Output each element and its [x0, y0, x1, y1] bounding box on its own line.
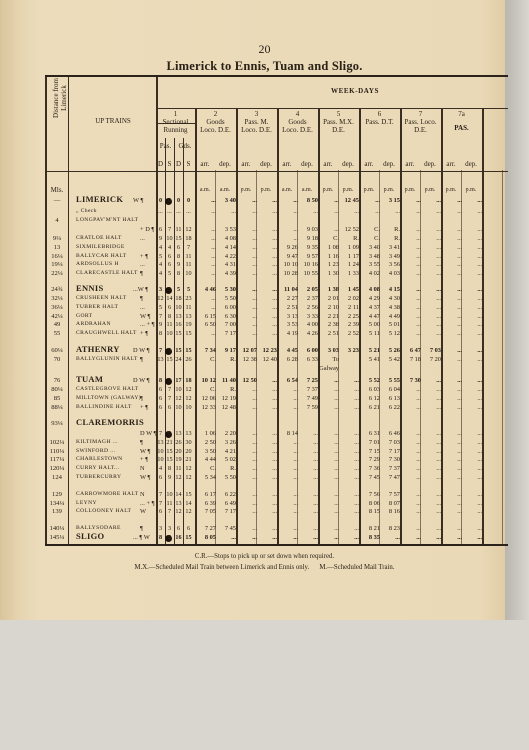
sectional-running-time: 5 [156, 303, 165, 312]
station-row: D W ¶7813131 062 20......8 14.........6 … [45, 429, 508, 438]
sectional-running-time: 12 [174, 394, 183, 403]
station-row: 145¼SLIGO... ¶ W8816158 05..............… [45, 533, 508, 542]
sectional-running-time: 14 [165, 294, 174, 303]
station-marks: N [140, 464, 145, 473]
arr-label: arr. [237, 160, 255, 168]
station-marks: ¶ [140, 294, 143, 303]
sectional-running-time: 9 [156, 234, 165, 243]
station-marks: W ¶ [133, 196, 143, 205]
sectional-running-time: 10 [165, 234, 174, 243]
station-marks: + ¶ [140, 455, 148, 464]
note-mx: M.X.—Scheduled Mail Train between Limeri… [0, 564, 529, 571]
train-time: ... [458, 243, 482, 252]
col-1-subheader: D [156, 160, 165, 168]
ampm-label: p.m. [338, 186, 358, 194]
station-row: 36¼TUBBER HALT...561011...6 00......2 51… [45, 303, 508, 312]
up-trains-header: UP TRAINS [70, 117, 156, 125]
train-time: ... [458, 429, 482, 438]
station-row: 124TUBBERCURRYW ¶6912125 345 50.........… [45, 473, 508, 482]
distance-miles: 117¼ [45, 455, 69, 464]
distance-miles: 102¼ [45, 438, 69, 447]
sectional-running-time: 13 [156, 355, 165, 364]
distance-miles: 36¼ [45, 303, 69, 312]
sectional-running-time: 12 [156, 294, 165, 303]
sectional-running-time: 6 [174, 243, 183, 252]
station-name: CLAREMORRIS [76, 418, 144, 427]
ampm-label: p.m. [359, 186, 379, 194]
col-number: 4 [277, 110, 318, 118]
station-name: ARDRAHAN [76, 320, 111, 329]
distance-miles: 32¼ [45, 294, 69, 303]
station-name: BALLYGLUNIN HALT [76, 355, 138, 364]
sectional-running-time: 6 [156, 403, 165, 412]
sectional-running-time: 7 [165, 385, 174, 394]
ampm-label: p.m. [379, 186, 399, 194]
station-row: „ Check.................................… [45, 207, 508, 216]
station-marks: W [140, 507, 146, 516]
station-marks: + ¶ [140, 329, 148, 338]
distance-miles: 124 [45, 473, 69, 482]
sectional-running-time: 6 [156, 473, 165, 482]
distance-miles: 60¼ [45, 346, 69, 355]
station-row: 76TUAMD W ¶89171810 1211 4012 50...6 547… [45, 376, 508, 385]
background [0, 620, 529, 750]
station-name: „ Check [76, 207, 97, 216]
top-rule [45, 75, 508, 77]
train-time: ... [458, 207, 482, 216]
station-marks: N [140, 490, 145, 499]
sectional-running-time: 5 [165, 269, 174, 278]
ampm-label: a.m. [195, 186, 215, 194]
station-name: CHARLESTOWN [76, 455, 123, 464]
sectional-running-time: 7 [156, 429, 165, 438]
train-time: ... [458, 234, 482, 243]
station-marks: + ¶ [140, 403, 148, 412]
station-name: CRATLOE HALT [76, 234, 122, 243]
train-time: ... [458, 490, 482, 499]
train-time: ... [458, 269, 482, 278]
sectional-running-time: 10 [156, 455, 165, 464]
col-desc: Goods Loco. D.E. [280, 118, 315, 134]
sectional-running-time: 18 [174, 294, 183, 303]
distance-miles: 22¼ [45, 269, 69, 278]
ampm-label: a.m. [277, 186, 297, 194]
train-time: ... [458, 394, 482, 403]
sectional-running-time: 17 [174, 376, 183, 385]
sectional-running-time: 6 [156, 385, 165, 394]
train-time: ... [458, 507, 482, 516]
sectional-running-time: 3 [156, 285, 165, 294]
col-1-subheader: D [174, 160, 183, 168]
distance-miles: 140¼ [45, 524, 69, 533]
distance-miles: 120¼ [45, 464, 69, 473]
station-marks: ... [140, 303, 145, 312]
arr-label: arr. [278, 160, 296, 168]
station-name: CARROWMORE HALT [76, 490, 139, 499]
station-row: 88¼BALLINDINE HALT+ ¶66101012 3312 48...… [45, 403, 508, 412]
train-time: ... [458, 303, 482, 312]
sectional-running-time: 7 [165, 394, 174, 403]
sectional-running-time: 8 [165, 464, 174, 473]
train-time: ... [458, 320, 482, 329]
station-name: KILTIMAGH ... [76, 438, 118, 447]
train-time: ... [458, 385, 482, 394]
train-time: ... [458, 225, 482, 234]
station-row: 55CRAUGHWELL HALT+ ¶8101515...7 17......… [45, 329, 508, 338]
distance-miles: 13 [45, 243, 69, 252]
station-row: 85MILLTOWN (GALWAY)¶67121212 0612 19....… [45, 394, 508, 403]
sectional-running-time: 9 [174, 260, 183, 269]
sectional-running-time: 4 [156, 464, 165, 473]
sectional-running-time: 15 [174, 234, 183, 243]
sectional-running-time: 8 [156, 376, 165, 385]
header-rule [45, 171, 508, 172]
sectional-running-time: 4 [165, 243, 174, 252]
sectional-running-time: 10 [174, 403, 183, 412]
sectional-running-time: 15 [165, 455, 174, 464]
ampm-label: a.m. [215, 186, 235, 194]
sectional-running-time: 4 [156, 260, 165, 269]
station-row: 13SIXMILEBRIDGE4467...4 14......9 269 35… [45, 243, 508, 252]
sectional-running-time: 0 [165, 196, 174, 205]
station-name: CRUSHEEN HALT [76, 294, 127, 303]
sectional-running-time: 11 [165, 320, 174, 329]
col-1-desc: Sectional Running [156, 118, 195, 134]
col-desc: Pass. M.X. D.E. [321, 118, 356, 134]
bottom-rule [45, 544, 508, 546]
train-time: ... [458, 355, 482, 364]
station-name: CASTLEGROVE HALT [76, 385, 139, 394]
sectional-running-time: 7 [156, 490, 165, 499]
distance-miles: 80¼ [45, 385, 69, 394]
train-time: ... [458, 294, 482, 303]
station-row: 140¼BALLYSODARE¶33667 277 45............… [45, 524, 508, 533]
train-time: ... [458, 285, 482, 294]
station-marks: ... + ¶ [140, 320, 155, 329]
station-marks: ...W ¶ [133, 285, 148, 294]
station-name: CRAUGHWELL HALT [76, 329, 137, 338]
col-1-subheader: S [184, 160, 193, 168]
header-rule [156, 108, 508, 109]
station-name: SIXMILEBRIDGE [76, 243, 125, 252]
sectional-running-time: 7 [165, 225, 174, 234]
station-row: 93¼CLAREMORRIS [45, 419, 508, 428]
station-name: COLLOONEY HALT [76, 507, 131, 516]
sectional-running-time: 8 [156, 533, 165, 542]
dep-label: dep. [462, 160, 480, 168]
sectional-running-time: 26 [174, 438, 183, 447]
sectional-running-time: 9 [165, 376, 174, 385]
distance-miles: 76 [45, 376, 69, 385]
dep-label: dep. [380, 160, 398, 168]
col-number: 2 [195, 110, 236, 118]
sectional-running-time: 15 [165, 355, 174, 364]
sectional-running-time: 6 [156, 225, 165, 234]
station-row: 139COLLOONEY HALTW6712127 057 17........… [45, 507, 508, 516]
station-name: CLARECASTLE HALT [76, 269, 138, 278]
station-row: + D ¶671112...3 53.........9 03...12 52C… [45, 225, 508, 234]
station-row: 22¼CLARECASTLE HALT¶45810...4 39......10… [45, 269, 508, 278]
sectional-running-time: 3 [165, 285, 174, 294]
sectional-running-time: 0 [174, 196, 183, 205]
sectional-running-time: 6 [174, 524, 183, 533]
station-name: ENNIS [76, 284, 103, 293]
station-marks: ... [140, 260, 145, 269]
dep-label: dep. [257, 160, 275, 168]
train-time: ... [458, 346, 482, 355]
station-name: LONGPAV'M'NT HALT [76, 216, 138, 225]
sectional-running-time: 6 [165, 260, 174, 269]
sectional-running-time: 6 [165, 303, 174, 312]
distance-miles: 9¼ [45, 234, 69, 243]
ampm-label: p.m. [420, 186, 440, 194]
station-row: —LIMERICKW ¶0000...3 40.........8 50...1… [45, 196, 508, 205]
page-title: Limerick to Ennis, Tuam and Sligo. [0, 59, 529, 74]
dep-label: dep. [216, 160, 234, 168]
sectional-running-time: ... [156, 207, 165, 216]
sectional-running-time: 11 [174, 464, 183, 473]
distance-miles: 4 [45, 216, 69, 225]
station-marks: ¶ [140, 269, 143, 278]
col-1-pas: Pas. [156, 142, 175, 150]
station-row: 60¼ATHENRYD W ¶7915157 349 1712 0712 234… [45, 346, 508, 355]
sectional-running-time: 16 [174, 533, 183, 542]
dep-label: dep. [421, 160, 439, 168]
station-marks: ¶ [140, 524, 143, 533]
col-number: 7a [441, 110, 482, 118]
station-row: 120¼CURRY HALT...N481112C.R.............… [45, 464, 508, 473]
station-name: TUBBER HALT [76, 303, 118, 312]
arr-label: arr. [319, 160, 337, 168]
col-desc: Goods Loco. D.E. [198, 118, 233, 134]
sectional-running-time: 7 [156, 346, 165, 355]
station-row: 70BALLYGLUNIN HALT¶13152426C.R.12 3812 4… [45, 355, 508, 364]
col-number: 7 [400, 110, 441, 118]
station-row: 129CARROWMORE HALTN71014156 176 22......… [45, 490, 508, 499]
train-time: ... [458, 524, 482, 533]
distance-miles: 129 [45, 490, 69, 499]
miles-label: Mls. [45, 186, 69, 194]
sectional-running-time: 12 [174, 473, 183, 482]
col-number: 6 [359, 110, 400, 118]
sectional-running-time: 7 [165, 507, 174, 516]
sectional-running-time: 11 [174, 225, 183, 234]
col-number: 3 [236, 110, 277, 118]
sectional-running-time: 10 [165, 329, 174, 338]
ampm-label: p.m. [400, 186, 420, 194]
week-days-header: WEEK-DAYS [195, 87, 515, 95]
station-marks: ... [140, 234, 145, 243]
train-time: ... [458, 464, 482, 473]
station-marks: D W ¶ [133, 376, 150, 385]
dep-label: dep. [298, 160, 316, 168]
train-time: ... [458, 438, 482, 447]
sectional-running-time: 16 [174, 320, 183, 329]
distance-miles: 85 [45, 394, 69, 403]
page-number: 20 [0, 42, 529, 57]
sectional-running-time: 8 [165, 533, 174, 542]
sectional-running-time: ... [165, 207, 174, 216]
sectional-running-time: 0 [156, 196, 165, 205]
station-name: LIMERICK [76, 195, 123, 204]
station-name: TUBBERCURRY [76, 473, 121, 482]
sectional-running-time: 8 [174, 269, 183, 278]
train-time: ... [458, 329, 482, 338]
station-row: 9¼CRATLOE HALT...9101518...4 08.........… [45, 234, 508, 243]
ampm-label: a.m. [297, 186, 317, 194]
train-time: ... [458, 196, 482, 205]
col-desc: Pass. Loco. D.E. [403, 118, 438, 134]
station-name: ARDSOLLUS H [76, 260, 119, 269]
sectional-running-time: 8 [165, 429, 174, 438]
sectional-running-time: 6 [156, 394, 165, 403]
sectional-running-time: 4 [156, 269, 165, 278]
distance-miles: 24¾ [45, 285, 69, 294]
train-time: ... [458, 533, 482, 542]
station-name: BALLINDINE HALT [76, 403, 132, 412]
train-time: Galway [315, 364, 339, 373]
col-desc: Pass. M. Loco. D.E. [239, 118, 274, 134]
station-marks: ¶ [140, 438, 143, 447]
station-name: ATHENRY [76, 345, 120, 354]
ampm-label: p.m. [441, 186, 461, 194]
sectional-running-time: 3 [165, 524, 174, 533]
station-row: 24¾ENNIS...W ¶33554 465 30......11 042 0… [45, 285, 508, 294]
col-1-gds: Gds. [175, 142, 195, 150]
station-row: 49ARDRAHAN... + ¶91116196 507 00......3 … [45, 320, 508, 329]
sectional-running-time: 6 [156, 507, 165, 516]
sectional-running-time: 9 [165, 346, 174, 355]
station-row: 32¼CRUSHEEN HALT¶12141823...5 50......2 … [45, 294, 508, 303]
distance-miles: 139 [45, 507, 69, 516]
station-row: Galway [45, 364, 508, 373]
sectional-running-time: 3 [156, 524, 165, 533]
sectional-running-time: 10 [174, 303, 183, 312]
sectional-running-time: 9 [165, 473, 174, 482]
sectional-running-time: 10 [165, 490, 174, 499]
ampm-label: p.m. [236, 186, 256, 194]
arr-label: arr. [196, 160, 214, 168]
station-name: TUAM [76, 375, 103, 384]
distance-miles: — [45, 196, 69, 205]
station-name: MILLTOWN (GALWAY) [76, 394, 141, 403]
col-desc: PAS. [444, 124, 479, 132]
station-name: SLIGO [76, 532, 104, 541]
sectional-running-time: 6 [165, 403, 174, 412]
station-name: CURRY HALT... [76, 464, 120, 473]
sectional-running-time: 15 [174, 346, 183, 355]
sectional-running-time: 13 [174, 429, 183, 438]
station-marks: D W ¶ [140, 429, 157, 438]
dep-label: dep. [339, 160, 357, 168]
sectional-running-time: 12 [174, 507, 183, 516]
ampm-label: p.m. [256, 186, 276, 194]
distance-miles: 93¼ [45, 419, 69, 428]
train-time: ... [458, 455, 482, 464]
station-row: 102¼KILTIMAGH ...¶132126302 503 26......… [45, 438, 508, 447]
station-marks: ¶ [140, 394, 143, 403]
sectional-running-time: 9 [156, 320, 165, 329]
ampm-label: p.m. [461, 186, 481, 194]
sectional-running-time: 5 [174, 285, 183, 294]
sectional-running-time: 10 [174, 385, 183, 394]
station-row: 117¼CHARLESTOWN+ ¶101519214 445 02......… [45, 455, 508, 464]
sectional-running-time: 13 [156, 438, 165, 447]
train-time: ... [458, 473, 482, 482]
station-row: 19¼ARDSOLLUS H...46911...4 31......10 10… [45, 260, 508, 269]
distance-miles: 55 [45, 329, 69, 338]
station-marks: W ¶ [140, 473, 150, 482]
sectional-running-time: 24 [174, 355, 183, 364]
station-marks: ¶ [140, 355, 143, 364]
distance-miles: 49 [45, 320, 69, 329]
col-desc: Pass. D.T. [362, 118, 397, 126]
train-time: To [315, 355, 339, 364]
col-1-subheader: S [165, 160, 174, 168]
distance-header: Distance from Limerick [52, 68, 68, 128]
sectional-running-time: ... [174, 207, 183, 216]
note-cr: C.R.—Stops to pick up or set down when r… [0, 553, 529, 560]
sectional-running-time: 14 [174, 490, 183, 499]
ampm-label: p.m. [318, 186, 338, 194]
station-marks: + D ¶ [140, 225, 154, 234]
train-time: ... [458, 403, 482, 412]
distance-miles: 70 [45, 355, 69, 364]
arr-label: arr. [401, 160, 419, 168]
train-time: ... [458, 260, 482, 269]
distance-miles: 19¼ [45, 260, 69, 269]
station-row: 80¼CASTLEGROVE HALT671012C.R..........7 … [45, 385, 508, 394]
sectional-running-time: 21 [165, 438, 174, 447]
arr-label: arr. [360, 160, 378, 168]
station-marks: D W ¶ [133, 346, 150, 355]
distance-miles: 145¼ [45, 533, 69, 542]
sectional-running-time: 19 [174, 455, 183, 464]
distance-miles: 88¼ [45, 403, 69, 412]
sectional-running-time: 15 [174, 329, 183, 338]
sectional-running-time: 8 [156, 329, 165, 338]
arr-label: arr. [442, 160, 460, 168]
station-marks: ... ¶ W [133, 533, 150, 542]
sectional-running-time: 4 [156, 243, 165, 252]
train-time: ... [458, 376, 482, 385]
col-1-number: 1 [156, 110, 195, 118]
station-row: 4LONGPAV'M'NT HALT [45, 216, 508, 225]
col-number: 5 [318, 110, 359, 118]
